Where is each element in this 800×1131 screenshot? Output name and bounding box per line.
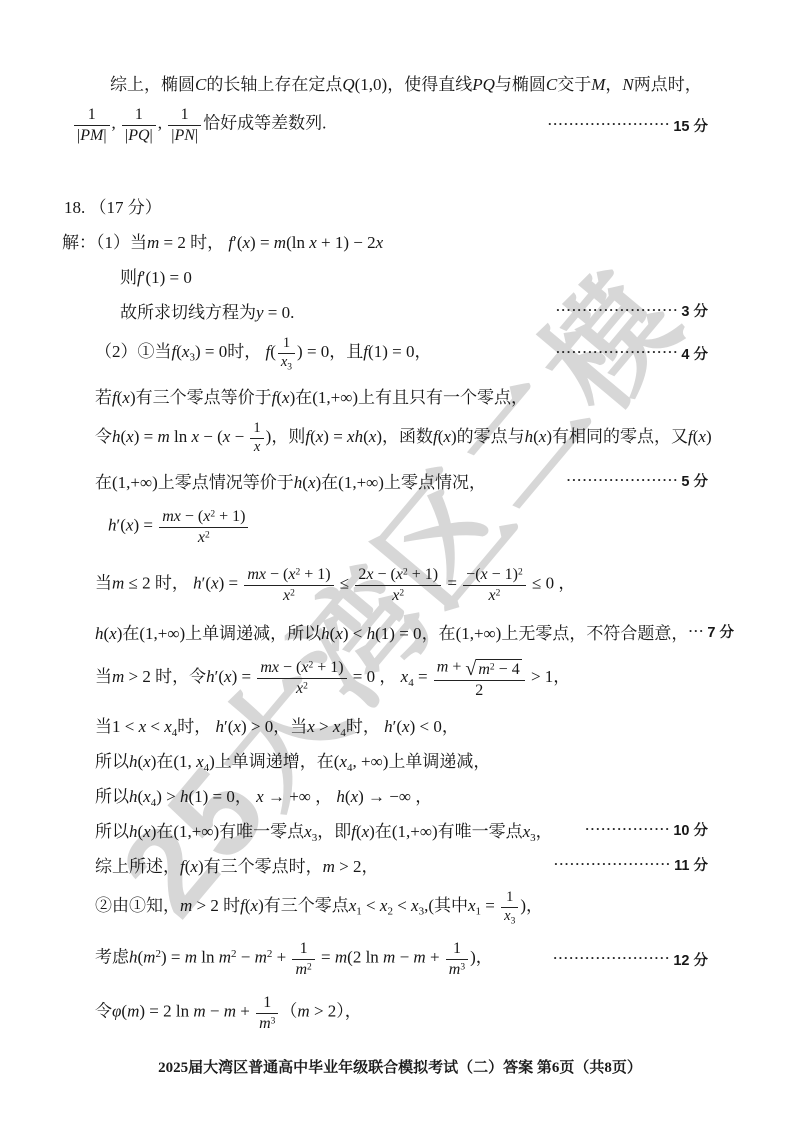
text-run: ，则 xyxy=(271,427,305,446)
math-run: + 1) xyxy=(408,566,438,583)
text-run: 有唯一零点 xyxy=(219,822,304,841)
text-run: 令 xyxy=(95,1002,112,1021)
math-run: (1,+∞) xyxy=(139,624,185,643)
line-body: 若f(x)有三个零点等价于f(x)在(1,+∞)上有且只有一个零点， xyxy=(95,383,528,408)
math-run: + 1) xyxy=(215,508,245,525)
text-run: 上单调递增，在 xyxy=(215,752,334,771)
text-run: ，当 xyxy=(273,717,307,736)
text-run: ，函数 xyxy=(382,427,433,446)
math-run: 1 < xyxy=(112,717,139,736)
math-run: ≤ 0 xyxy=(528,574,559,593)
text-run: 时， xyxy=(190,233,224,252)
content-line: h′(x) = mx − (x2 + 1)x2 xyxy=(62,498,708,556)
fraction: mx − (x2 + 1)x2 xyxy=(159,507,248,546)
exam-answer-page: { "page": { "watermark": "25大湾区二模", "foo… xyxy=(0,0,800,1131)
math-run: > 1 xyxy=(527,667,554,686)
text-run: 在 xyxy=(321,473,338,492)
line-body: 令φ(m) = 2 ln m − m + 1m3（m > 2）， xyxy=(95,993,362,1032)
math-run: h xyxy=(294,473,303,492)
text-run: 恰好成等差数列. xyxy=(203,114,326,133)
content-line: 18. （17 分） xyxy=(62,188,708,223)
math-run: y xyxy=(256,303,264,322)
math-run: x xyxy=(196,752,204,771)
score-label: 10 分 xyxy=(673,819,708,840)
text-run: 有三个零点等价于 xyxy=(136,388,272,407)
fraction: mx − (x2 + 1)x2 xyxy=(244,565,333,604)
math-run: , xyxy=(158,114,167,133)
superscript: 3 xyxy=(271,1016,276,1026)
text-run: 在 xyxy=(95,473,112,492)
text-run: 交于 xyxy=(557,75,591,94)
math-run: x xyxy=(243,233,251,252)
math-run: < xyxy=(393,896,411,915)
math-run: x xyxy=(443,427,451,446)
content-line: 考虑h(m2) = m ln m2 − m2 + 1m2 = m(2 ln m … xyxy=(62,932,708,986)
math-run: x xyxy=(211,574,219,593)
content-line: h(x)在(1,+∞)上单调递减，所以h(x) < h(1) = 0，在(1,+… xyxy=(62,614,708,649)
answer-content: 综上，椭圆C的长轴上存在定点Q(1,0)，使得直线PQ与椭圆C交于M，N两点时，… xyxy=(0,65,800,1040)
text-run: 在 xyxy=(122,624,139,643)
line-body: 当m ≤ 2 时， h′(x) = mx − (x2 + 1)x2 ≤ 2x −… xyxy=(95,565,575,604)
text-run: 其中 xyxy=(434,896,468,915)
math-run: h xyxy=(525,427,534,446)
math-run: xh xyxy=(347,427,363,446)
math-run: x xyxy=(351,787,359,806)
math-run: > 2 xyxy=(335,857,362,876)
math-run: = xyxy=(481,896,499,915)
math-run: (1,+∞) xyxy=(392,822,438,841)
math-run: x xyxy=(468,896,476,915)
math-run: − xyxy=(230,427,248,446)
text-run: 的零点与 xyxy=(457,427,525,446)
superscript: 2 xyxy=(290,588,295,598)
line-body: 所以h(x)在(1,+∞)有唯一零点x3，即f(x)在(1,+∞)有唯一零点x3… xyxy=(95,817,553,842)
math-run: (1,+∞) xyxy=(173,822,219,841)
math-run: x xyxy=(198,529,205,546)
text-run: 时 xyxy=(223,896,240,915)
math-run: x xyxy=(366,566,373,583)
text-run: ， xyxy=(605,75,622,94)
math-run: h xyxy=(129,948,138,967)
math-run: x xyxy=(143,752,151,771)
math-run: N xyxy=(622,75,633,94)
numerator: 1 xyxy=(446,939,468,959)
math-run: − ( xyxy=(374,566,396,583)
math-run: x xyxy=(143,822,151,841)
content-line: 当m > 2 时，令h′(x) = mx − (x2 + 1)x2 = 0 ， … xyxy=(62,649,708,707)
text-run: 时， xyxy=(346,717,380,736)
math-run: Q xyxy=(342,75,354,94)
math-run: x xyxy=(308,473,316,492)
text-run: 上零点情况等价于 xyxy=(158,473,294,492)
numerator: mx − (x2 + 1) xyxy=(159,507,248,527)
math-run: φ xyxy=(112,1002,121,1021)
text-run: 在 xyxy=(156,752,173,771)
math-run: m xyxy=(185,948,197,967)
math-run: m xyxy=(157,427,169,446)
math-run: ) < xyxy=(343,624,367,643)
math-run: ,( xyxy=(424,896,434,915)
math-run: ( xyxy=(270,342,276,361)
text-run: 上有且只有一个零点， xyxy=(358,388,528,407)
numerator: 1 xyxy=(292,939,314,959)
text-run: 综上，椭圆 xyxy=(110,75,195,94)
content-line: 所以h(x)在(1,+∞)有唯一零点x3，即f(x)在(1,+∞)有唯一零点x3… xyxy=(62,812,708,847)
math-run: − 4 xyxy=(495,661,520,678)
line-body: 综上，椭圆C的长轴上存在定点Q(1,0)，使得直线PQ与椭圆C交于M，N两点时， xyxy=(110,70,702,95)
math-run: | xyxy=(195,127,198,144)
dotted-leader: ······················ xyxy=(554,856,671,872)
math-run: x xyxy=(251,896,259,915)
math-run: (1) = 0 xyxy=(188,787,234,806)
math-run: 1 xyxy=(300,940,308,957)
math-run: x xyxy=(309,233,317,252)
math-run: x xyxy=(376,233,384,252)
score-label: 7 分 xyxy=(707,621,734,642)
square-root: √m2 − 4 xyxy=(465,656,521,680)
text-run: 所以 xyxy=(95,752,129,771)
math-run: | xyxy=(150,127,153,144)
superscript: 2 xyxy=(496,588,501,598)
math-run: − xyxy=(395,948,413,967)
fraction: 1x xyxy=(250,420,263,456)
math-run: m xyxy=(383,948,395,967)
math-run: ) > xyxy=(156,787,180,806)
math-run: = xyxy=(443,574,461,593)
fraction: m + √m2 − 42 xyxy=(434,656,525,700)
math-run: − xyxy=(237,948,255,967)
content-line: 1|PM|, 1|PQ|, 1|PN|恰好成等差数列.·············… xyxy=(62,100,708,150)
math-run: − ( xyxy=(199,427,223,446)
math-run: h xyxy=(193,574,202,593)
math-run: ′( xyxy=(215,667,224,686)
math-run: h xyxy=(216,717,225,736)
content-line: 解：（1）当m = 2 时， f′(x) = m(ln x + 1) − 2x xyxy=(62,223,708,258)
line-body: 综上所述，f(x)有三个零点时，m > 2， xyxy=(95,852,379,877)
text-run: 有相同的零点，又 xyxy=(552,427,688,446)
math-run: + xyxy=(272,948,290,967)
math-run: mx xyxy=(260,659,279,676)
math-run: (2 ln xyxy=(347,948,383,967)
text-run: 与椭圆 xyxy=(495,75,546,94)
page-footer: 2025届大湾区普通高中毕业年级联合模拟考试（二）答案 第6页（共8页） xyxy=(0,1056,800,1077)
math-run: x xyxy=(282,388,290,407)
numerator: 2x − (x2 + 1) xyxy=(355,565,441,585)
text-run: 上零点情况， xyxy=(384,473,486,492)
math-run: h xyxy=(108,516,117,535)
math-run: h xyxy=(95,624,104,643)
math-run: ) = 2 ln xyxy=(139,1002,193,1021)
dotted-leader: ··· xyxy=(688,623,704,639)
text-run: 上单调递减，所以 xyxy=(185,624,321,643)
math-run: + 1) xyxy=(300,566,330,583)
fraction: mx − (x2 + 1)x2 xyxy=(257,658,346,697)
math-run: ′( xyxy=(202,574,211,593)
fraction: 1m3 xyxy=(256,993,278,1032)
denominator: m3 xyxy=(446,960,468,979)
math-run: , xyxy=(112,114,121,133)
math-run: < xyxy=(362,896,380,915)
text-run: 在 xyxy=(295,388,312,407)
text-run: ，即 xyxy=(317,822,351,841)
denominator: x3 xyxy=(501,908,518,925)
text-run: ，在 xyxy=(422,624,456,643)
math-run: x xyxy=(191,427,199,446)
text-run: 故所求切线方程为 xyxy=(120,303,256,322)
dotted-leader: ····················· xyxy=(566,472,678,488)
math-run: x xyxy=(139,717,147,736)
line-body: h′(x) = mx − (x2 + 1)x2 xyxy=(108,507,250,546)
math-run: C xyxy=(546,75,557,94)
math-run: ′( xyxy=(393,717,402,736)
fraction: 1|PN| xyxy=(168,105,201,144)
math-run: ) xyxy=(706,427,712,446)
math-run: 1 xyxy=(253,420,260,436)
math-run: C xyxy=(195,75,206,94)
line-body: 当1 < x < x4时， h′(x) > 0，当x > x4时， h′(x) … xyxy=(95,712,459,737)
text-run: 所以 xyxy=(95,822,129,841)
math-run: ) = xyxy=(323,427,347,446)
math-run: m xyxy=(259,1015,271,1032)
line-body: 1|PM|, 1|PQ|, 1|PN|恰好成等差数列. xyxy=(72,105,326,144)
content-line: 所以h(x)在(1, x4)上单调递增，在(x4, +∞)上单调递减， xyxy=(62,742,708,777)
math-run: 1 xyxy=(283,335,290,351)
text-run: ， xyxy=(415,787,432,806)
math-run: x xyxy=(233,717,241,736)
fraction: 1m2 xyxy=(292,939,314,978)
text-run: 考虑 xyxy=(95,948,129,967)
math-run: x xyxy=(698,427,706,446)
text-run: 有三个零点 xyxy=(264,896,349,915)
fraction: −(x − 1)2x2 xyxy=(463,565,526,604)
text-run: 当 xyxy=(95,717,112,736)
math-run: x xyxy=(109,624,117,643)
math-run: 1 xyxy=(506,889,513,905)
math-run: = 2 xyxy=(159,233,190,252)
subscript: 3 xyxy=(511,916,516,926)
math-run: > 2 xyxy=(192,896,223,915)
text-run: 时， xyxy=(227,342,261,361)
math-run: h xyxy=(129,752,138,771)
math-run: 2 xyxy=(475,682,483,699)
math-run: m xyxy=(323,857,335,876)
math-run: m xyxy=(193,1002,205,1021)
math-run: → +∞ xyxy=(264,787,315,806)
math-run: h xyxy=(129,787,138,806)
math-run: x xyxy=(190,857,198,876)
math-run: ) = xyxy=(219,574,243,593)
text-run: 有唯一零点 xyxy=(438,822,523,841)
math-run: x xyxy=(402,717,410,736)
denominator: |PM| xyxy=(74,126,110,145)
math-run: ln xyxy=(170,427,192,446)
math-run: m xyxy=(127,1002,139,1021)
score-label: 5 分 xyxy=(681,470,708,491)
math-run: x xyxy=(335,624,343,643)
math-run: > xyxy=(315,717,333,736)
content-line: ②由①知，m > 2 时f(x)有三个零点x1 < x2 < x3,(其中x1 … xyxy=(62,882,708,932)
math-run: m xyxy=(112,574,124,593)
text-run: 在 xyxy=(375,822,392,841)
score-label: 15 分 xyxy=(673,115,708,136)
denominator: |PQ| xyxy=(122,126,156,145)
math-run: = 0. xyxy=(264,303,295,322)
numerator: 1 xyxy=(74,105,110,125)
numerator: 1 xyxy=(501,889,518,907)
math-run: ) = xyxy=(232,667,256,686)
math-run: ′( xyxy=(117,516,126,535)
numerator: −(x − 1)2 xyxy=(463,565,526,585)
math-run: + xyxy=(426,948,444,967)
math-run: ) = xyxy=(134,427,158,446)
math-run: − ( xyxy=(266,566,288,583)
math-run: ′( xyxy=(233,233,242,252)
math-run: 1 xyxy=(181,106,189,123)
score-label: 11 分 xyxy=(674,854,708,875)
math-run: x xyxy=(164,717,172,736)
content-line: 故所求切线方程为y = 0.·······················3 分 xyxy=(62,293,708,328)
math-run: − 1) xyxy=(488,566,518,583)
math-run: + xyxy=(236,1002,254,1021)
line-body: 则f′(1) = 0 xyxy=(120,263,192,288)
math-run: x xyxy=(122,388,130,407)
text-run: ②由①知， xyxy=(95,896,180,915)
line-body: 考虑h(m2) = m ln m2 − m2 + 1m2 = m(2 ln m … xyxy=(95,939,493,978)
math-run: x xyxy=(481,566,488,583)
math-run: ) = 0 xyxy=(195,342,227,361)
radical-sign: √ xyxy=(465,657,476,681)
math-run: m xyxy=(478,661,490,678)
math-run: ≤ xyxy=(336,574,354,593)
math-run: | xyxy=(103,127,106,144)
text-run: ， xyxy=(476,948,493,967)
math-run: h xyxy=(112,427,121,446)
math-run: > 2 xyxy=(124,667,155,686)
math-run: x xyxy=(256,787,264,806)
math-run: PQ xyxy=(128,127,149,144)
math-run: − xyxy=(206,1002,224,1021)
math-run: m xyxy=(224,1002,236,1021)
math-run: x xyxy=(489,587,496,604)
math-run: h xyxy=(384,717,393,736)
text-run: ， xyxy=(414,342,431,361)
math-run: < xyxy=(146,717,164,736)
denominator: x2 xyxy=(159,528,248,547)
dotted-leader: ······················· xyxy=(556,344,679,360)
content-line: 若f(x)有三个零点等价于f(x)在(1,+∞)上有且只有一个零点， xyxy=(62,378,708,413)
math-run: + xyxy=(448,659,465,676)
fraction: 1|PM| xyxy=(74,105,110,144)
math-run: h xyxy=(129,822,138,841)
line-body: 在(1,+∞)上零点情况等价于h(x)在(1,+∞)上零点情况， xyxy=(95,468,486,493)
text-run: 所以 xyxy=(95,787,129,806)
superscript: 3 xyxy=(460,962,465,972)
line-body: 所以h(x)在(1, x4)上单调递增，在(x4, +∞)上单调递减， xyxy=(95,747,490,772)
line-body: h(x)在(1,+∞)上单调递减，所以h(x) < h(1) = 0，在(1,+… xyxy=(95,619,688,644)
content-line: 在(1,+∞)上零点情况等价于h(x)在(1,+∞)上零点情况，········… xyxy=(62,463,708,498)
denominator: x3 xyxy=(278,354,295,371)
denominator: |PN| xyxy=(168,126,201,145)
numerator: 1 xyxy=(168,105,201,125)
numerator: 1 xyxy=(278,335,295,353)
content-line: （2）①当f(x3) = 0时， f(1x3) = 0，且f(1) = 0，··… xyxy=(62,328,708,378)
math-run: −( xyxy=(466,566,480,583)
numerator: m + √m2 − 4 xyxy=(434,656,525,681)
math-run: (1,+∞) xyxy=(456,624,502,643)
math-run: (1,+∞) xyxy=(338,473,384,492)
math-run: (1) = 0 xyxy=(368,342,414,361)
math-run: , +∞) xyxy=(353,752,389,771)
math-run: PQ xyxy=(472,75,495,94)
text-run: ， xyxy=(235,787,252,806)
math-run: 1 xyxy=(88,106,96,123)
denominator: x2 xyxy=(244,586,333,605)
math-run: − ( xyxy=(181,508,203,525)
numerator: 1 xyxy=(256,993,278,1013)
math-run: = 0 xyxy=(349,667,380,686)
text-run: 18. （17 分） xyxy=(64,198,162,217)
superscript: 2 xyxy=(399,588,404,598)
text-run: 有三个零点时， xyxy=(204,857,323,876)
text-run: （ xyxy=(280,1002,297,1021)
math-run: h xyxy=(367,624,376,643)
dotted-leader: ······················ xyxy=(553,950,670,966)
line-body: 解：（1）当m = 2 时， f′(x) = m(ln x + 1) − 2x xyxy=(62,228,383,253)
text-run: 则 xyxy=(120,268,137,287)
math-run: x xyxy=(411,896,419,915)
numerator: 1 xyxy=(122,105,156,125)
math-run: > 2 xyxy=(310,1002,337,1021)
math-run: (1,+∞) xyxy=(312,388,358,407)
math-run: mx xyxy=(247,566,266,583)
dotted-leader: ······················· xyxy=(556,302,679,318)
text-run: 令 xyxy=(95,427,112,446)
text-run: 时， xyxy=(155,574,189,593)
math-run: ≤ 2 xyxy=(124,574,155,593)
math-run: ′( xyxy=(224,717,233,736)
line-body: 令h(x) = m ln x − (x − 1x)，则f(x) = xh(x)，… xyxy=(95,420,712,456)
math-run: x xyxy=(339,752,347,771)
superscript: 2 xyxy=(307,962,312,972)
math-run: h xyxy=(321,624,330,643)
score-label: 12 分 xyxy=(673,949,708,970)
text-run: ，且 xyxy=(329,342,363,361)
fraction: 1m3 xyxy=(446,939,468,978)
math-run: m xyxy=(274,233,286,252)
text-run: ）， xyxy=(336,1002,362,1021)
fraction: 1x3 xyxy=(501,889,518,925)
math-run: x xyxy=(304,822,312,841)
text-run: 两点时， xyxy=(634,75,702,94)
math-run: m xyxy=(335,948,347,967)
text-run: ， xyxy=(442,717,459,736)
text-run: 在 xyxy=(156,822,173,841)
math-run: + 1) xyxy=(313,659,343,676)
denominator: x2 xyxy=(463,586,526,605)
line-body: 18. （17 分） xyxy=(64,193,162,218)
math-run: x xyxy=(307,717,315,736)
text-run: ， xyxy=(553,667,570,686)
math-run: ) = 0 xyxy=(297,342,329,361)
math-run: x xyxy=(143,787,151,806)
math-run: x xyxy=(396,566,403,583)
line-body: （2）①当f(x3) = 0时， f(1x3) = 0，且f(1) = 0， xyxy=(95,335,431,371)
denominator: x2 xyxy=(257,679,346,698)
content-line: 则f′(1) = 0 xyxy=(62,258,708,293)
superscript: 2 xyxy=(303,681,308,691)
math-run: h xyxy=(336,787,345,806)
math-run: (ln xyxy=(286,233,309,252)
